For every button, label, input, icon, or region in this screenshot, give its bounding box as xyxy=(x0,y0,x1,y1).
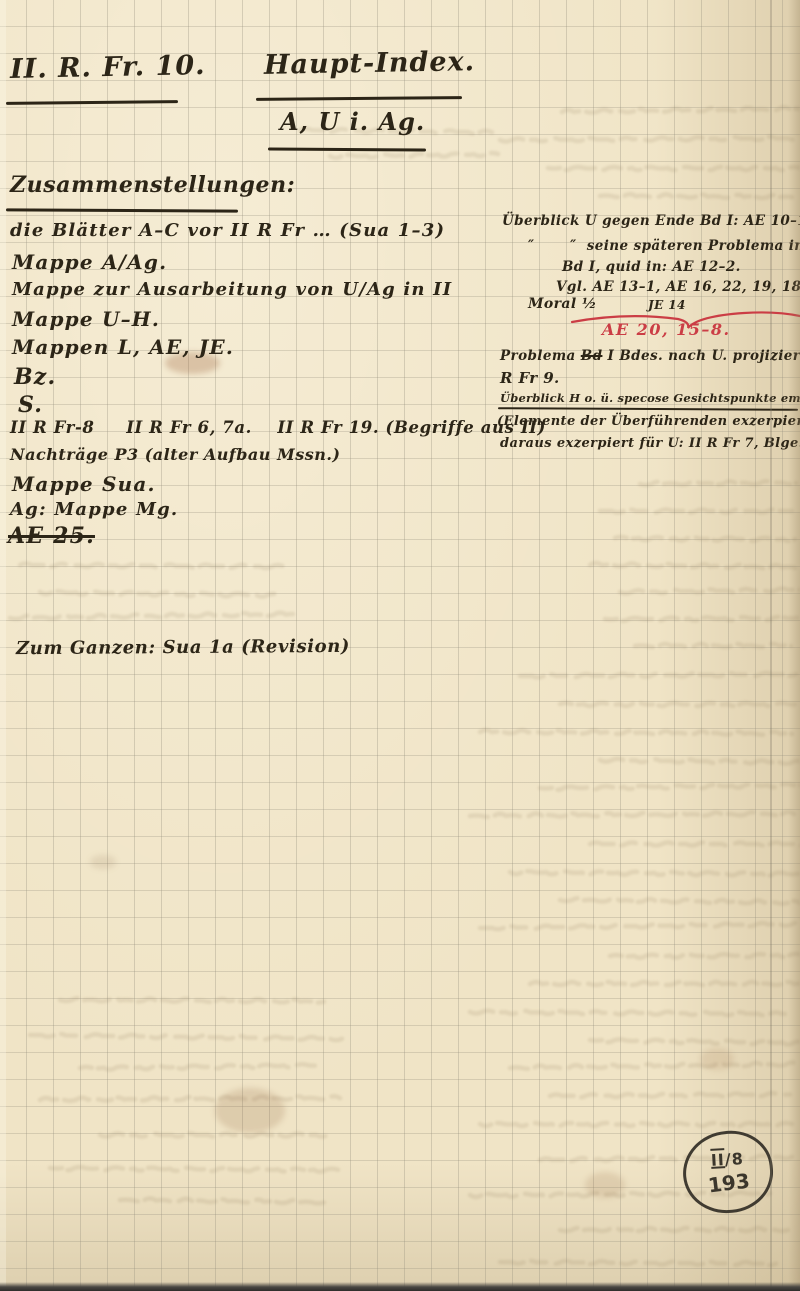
index-entry-struck: AE 25. xyxy=(8,525,95,547)
moral-note: Moral ½ xyxy=(528,297,597,311)
index-entry: Mappe zur Ausarbeitung von U/Ag in II xyxy=(12,281,452,299)
section-heading: Zusammenstellungen: xyxy=(10,174,295,196)
index-entry: Ag: Mappe Mg. xyxy=(10,501,178,519)
margin-crease xyxy=(770,0,772,1291)
archive-stamp: II/8 193 xyxy=(680,1127,777,1217)
stamp-folio: II/8 xyxy=(710,1149,744,1170)
note-line: ″ ″ seine späteren Problema in xyxy=(528,240,800,254)
ref-code-underline xyxy=(6,100,178,105)
page-title: Haupt-Index. xyxy=(264,48,475,79)
stain xyxy=(700,1048,734,1070)
stain xyxy=(90,855,116,869)
note-line: R Fr 9. xyxy=(500,371,560,386)
note-line: Vgl. AE 13–1, AE 16, 22, 19, 18–1 xyxy=(556,281,800,295)
stamp-roman-numeral: II xyxy=(710,1150,725,1170)
index-entry: Bz. xyxy=(14,366,56,388)
page-subtitle: A, U i. Ag. xyxy=(280,110,425,134)
index-entry: S. xyxy=(18,394,43,416)
note-underline xyxy=(498,407,798,410)
subtitle-underline xyxy=(268,147,426,151)
note-line: Überblick U gegen Ende Bd I: AE 10–1. xyxy=(502,215,800,229)
index-entry: Mappe A/Ag. xyxy=(12,252,167,272)
stamp-page-number: 193 xyxy=(707,1168,751,1197)
ref-code: II. R. Fr. 10. xyxy=(10,52,206,83)
section-heading-underline xyxy=(6,208,238,212)
index-entry: Mappe U–H. xyxy=(12,309,160,329)
note-fragment: I Bdes. nach U. projiziert: xyxy=(602,348,800,364)
stamp-folio-rest: /8 xyxy=(724,1149,744,1169)
index-entry: II R Fr-8 II R Fr 6, 7a. II R Fr 19. (Be… xyxy=(10,420,546,437)
struck-word: Bd xyxy=(581,348,603,364)
stain xyxy=(585,1172,625,1198)
index-entry: Mappe Sua. xyxy=(12,474,156,494)
note-line: Problema Bd I Bdes. nach U. projiziert: xyxy=(500,350,800,364)
footnote: Zum Ganzen: Sua 1a (Revision) xyxy=(16,638,350,658)
bottom-scan-edge xyxy=(0,1282,800,1291)
red-annotation: AE 20, 15–8. xyxy=(602,322,731,338)
stain xyxy=(215,1088,285,1133)
left-edge-light xyxy=(0,0,6,1291)
note-line: JE 14 xyxy=(648,299,686,311)
right-edge-shade xyxy=(788,0,800,1291)
note-line: Bd I, quid in: AE 12–2. xyxy=(562,261,741,275)
title-underline xyxy=(256,96,462,101)
note-line-underlined: Überblick H o. ü. specose Gesichtspunkte… xyxy=(500,393,800,405)
note-line: daraus exzerpiert für U: II R Fr 7, Blge… xyxy=(500,437,800,450)
index-entry: die Blätter A–C vor II R Fr … (Sua 1–3) xyxy=(10,222,445,240)
note-fragment: Problema xyxy=(500,348,581,364)
note-line: (Elemente der Überführenden exzerpiert) … xyxy=(497,415,800,428)
index-entry: Mappen L, AE, JE. xyxy=(12,337,234,357)
manuscript-page: II. R. Fr. 10. Haupt-Index. A, U i. Ag. … xyxy=(0,0,800,1291)
index-entry: Nachträge P3 (alter Aufbau Mssn.) xyxy=(10,447,341,463)
